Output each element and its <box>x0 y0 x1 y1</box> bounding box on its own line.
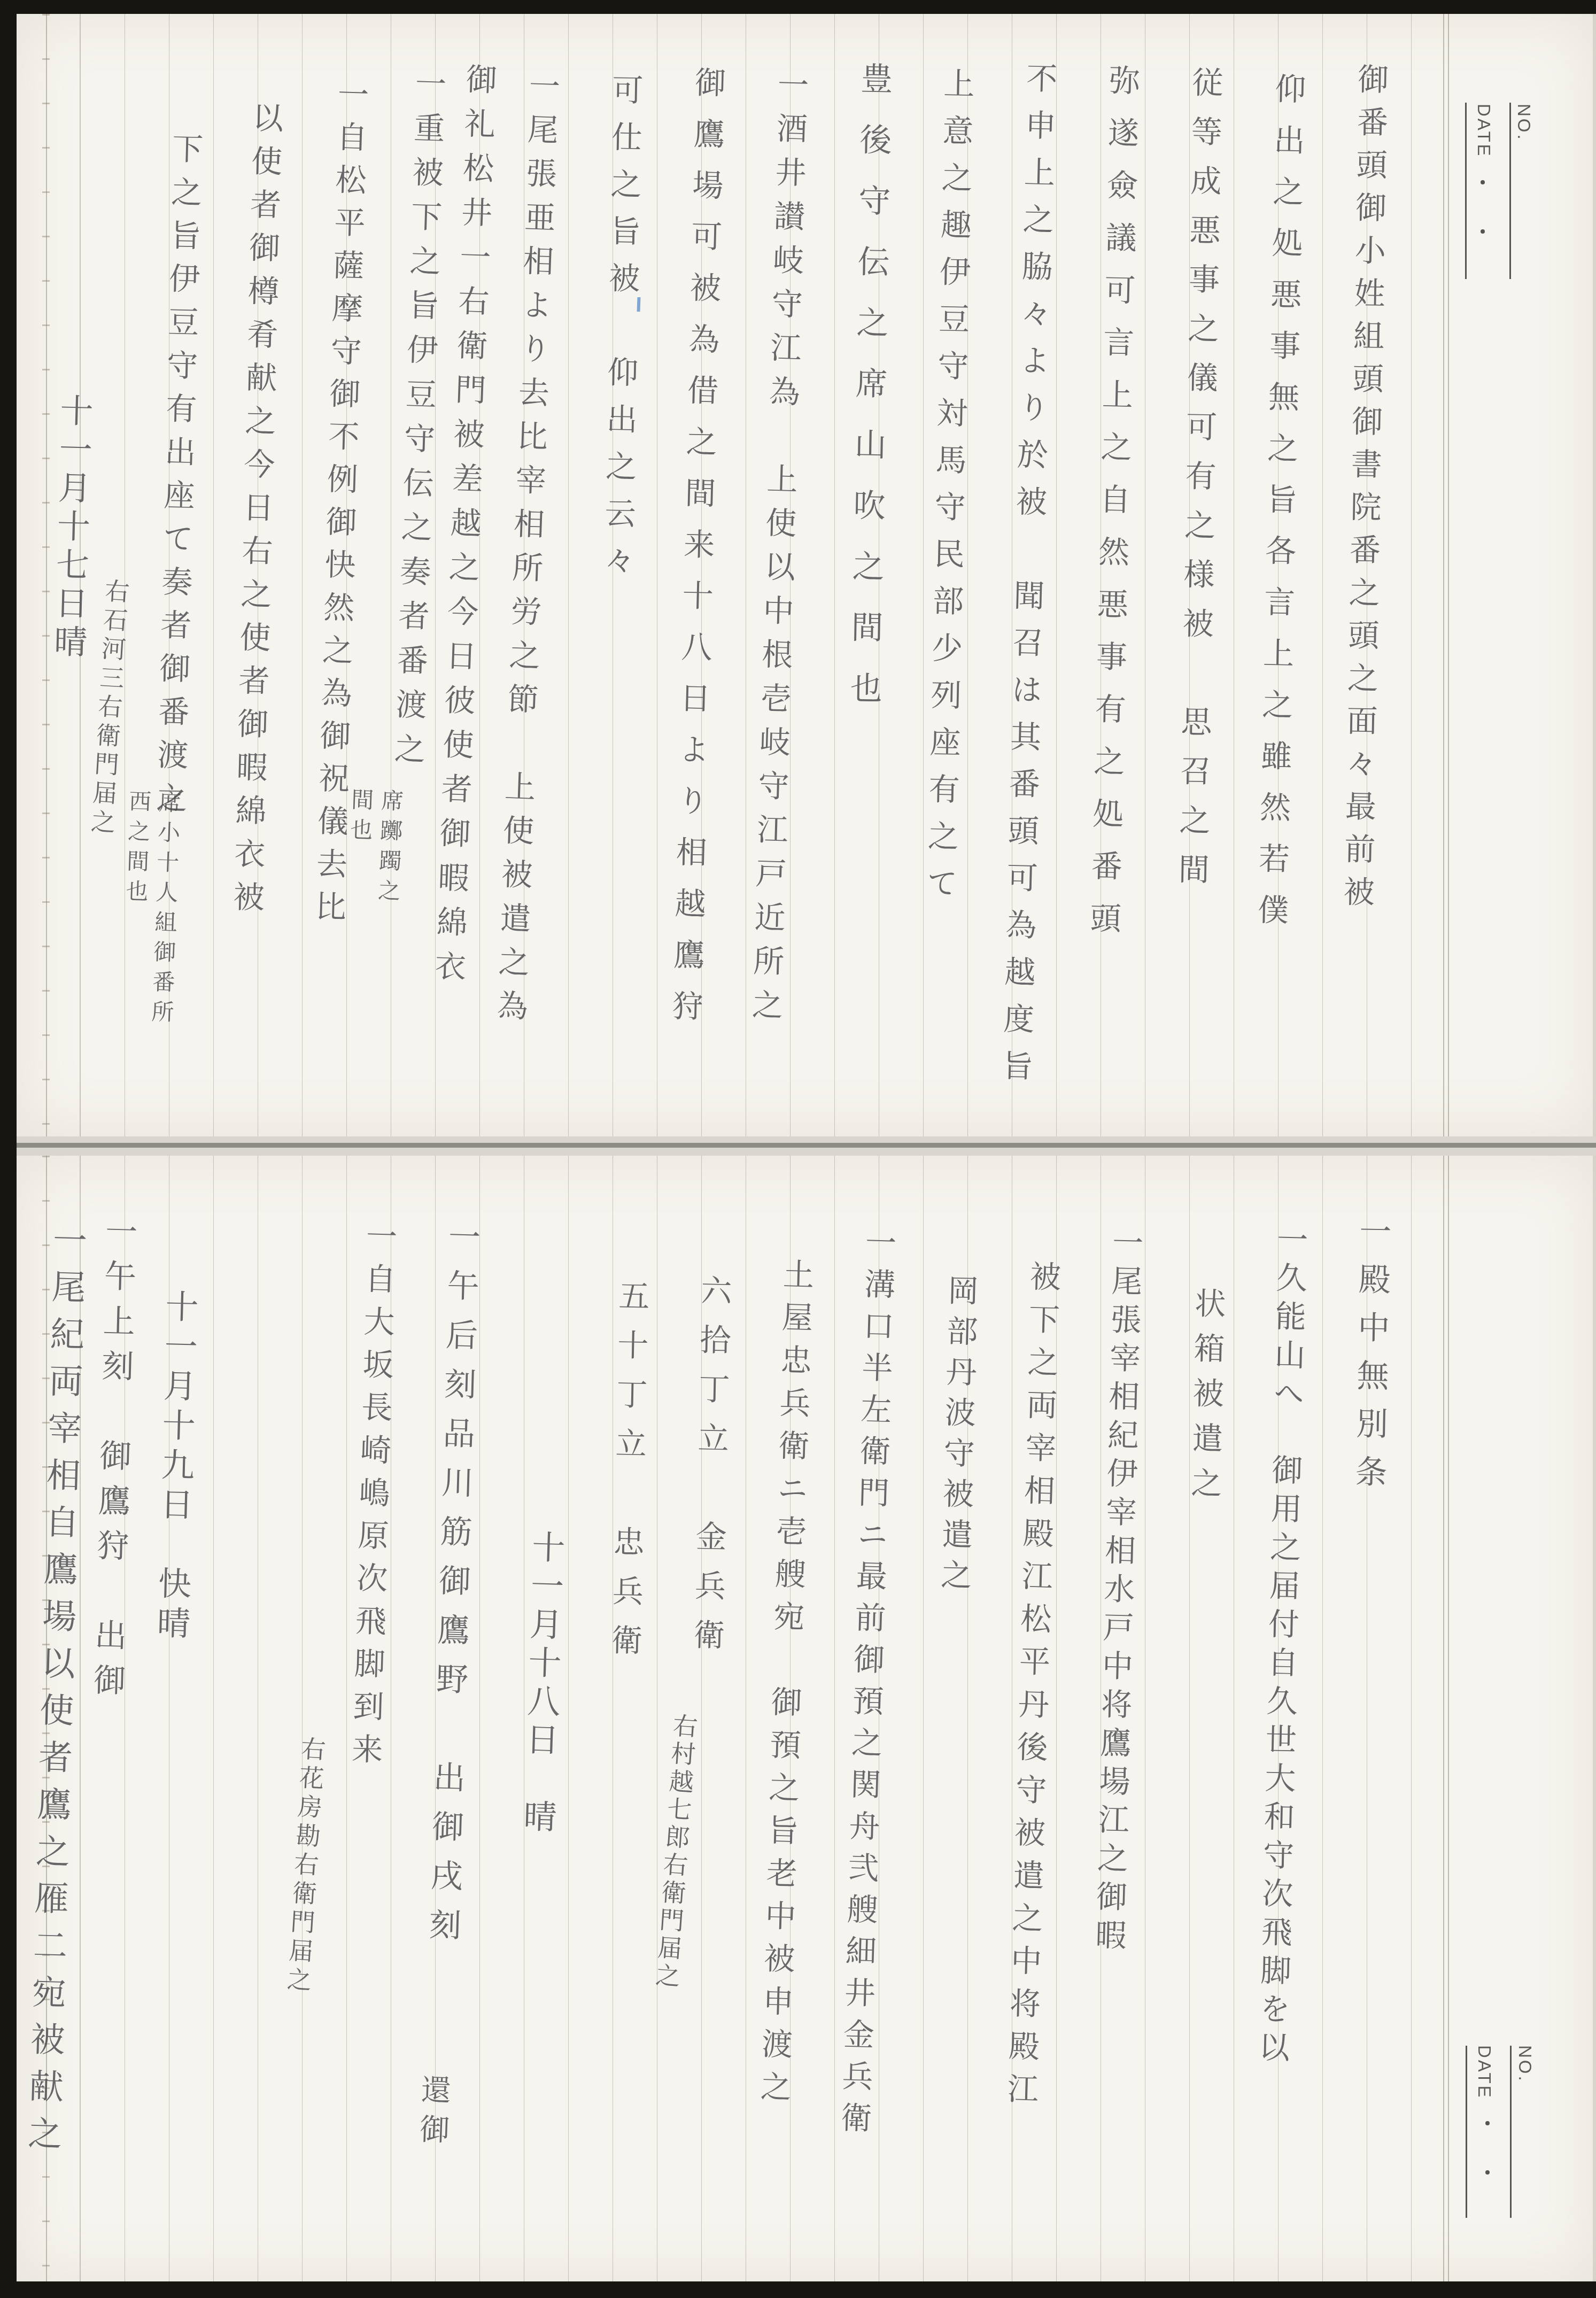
right-margin-double-line <box>1448 1156 1449 2281</box>
no-label: NO. <box>1515 2045 1535 2083</box>
scan-edge-bottom <box>0 2281 1596 2298</box>
date-separator-dot <box>1485 2121 1490 2125</box>
no-fill-line <box>1510 2046 1512 2218</box>
ruled-lines <box>36 14 1413 1136</box>
ruled-lines <box>36 1156 1413 2281</box>
date-separator-dot <box>1481 180 1485 184</box>
date-label: DATE <box>1474 104 1494 158</box>
right-margin-double-line <box>1443 14 1444 1136</box>
left-margin-line <box>46 14 47 1136</box>
scan-edge-top <box>0 0 1596 14</box>
date-fill-line <box>1465 103 1467 279</box>
left-margin-line <box>46 1156 47 2281</box>
date-label: DATE <box>1474 2045 1494 2100</box>
page-separator <box>17 1136 1596 1156</box>
notebook-page-2: NO. DATE <box>17 1156 1596 2281</box>
notebook-page-1: NO. DATE <box>17 14 1596 1136</box>
date-separator-dot <box>1481 229 1485 234</box>
paper-edge-shadow <box>1593 1156 1596 2281</box>
paper-edge-shadow <box>1593 14 1596 1136</box>
right-margin-double-line <box>1443 1156 1444 2281</box>
scan-edge-left <box>0 0 17 2298</box>
no-fill-line <box>1509 103 1511 279</box>
right-margin-double-line <box>1448 14 1449 1136</box>
date-fill-line <box>1466 2046 1467 2218</box>
page-separator-shadow <box>17 1143 1596 1148</box>
no-label: NO. <box>1514 104 1534 142</box>
date-separator-dot <box>1485 2170 1490 2175</box>
